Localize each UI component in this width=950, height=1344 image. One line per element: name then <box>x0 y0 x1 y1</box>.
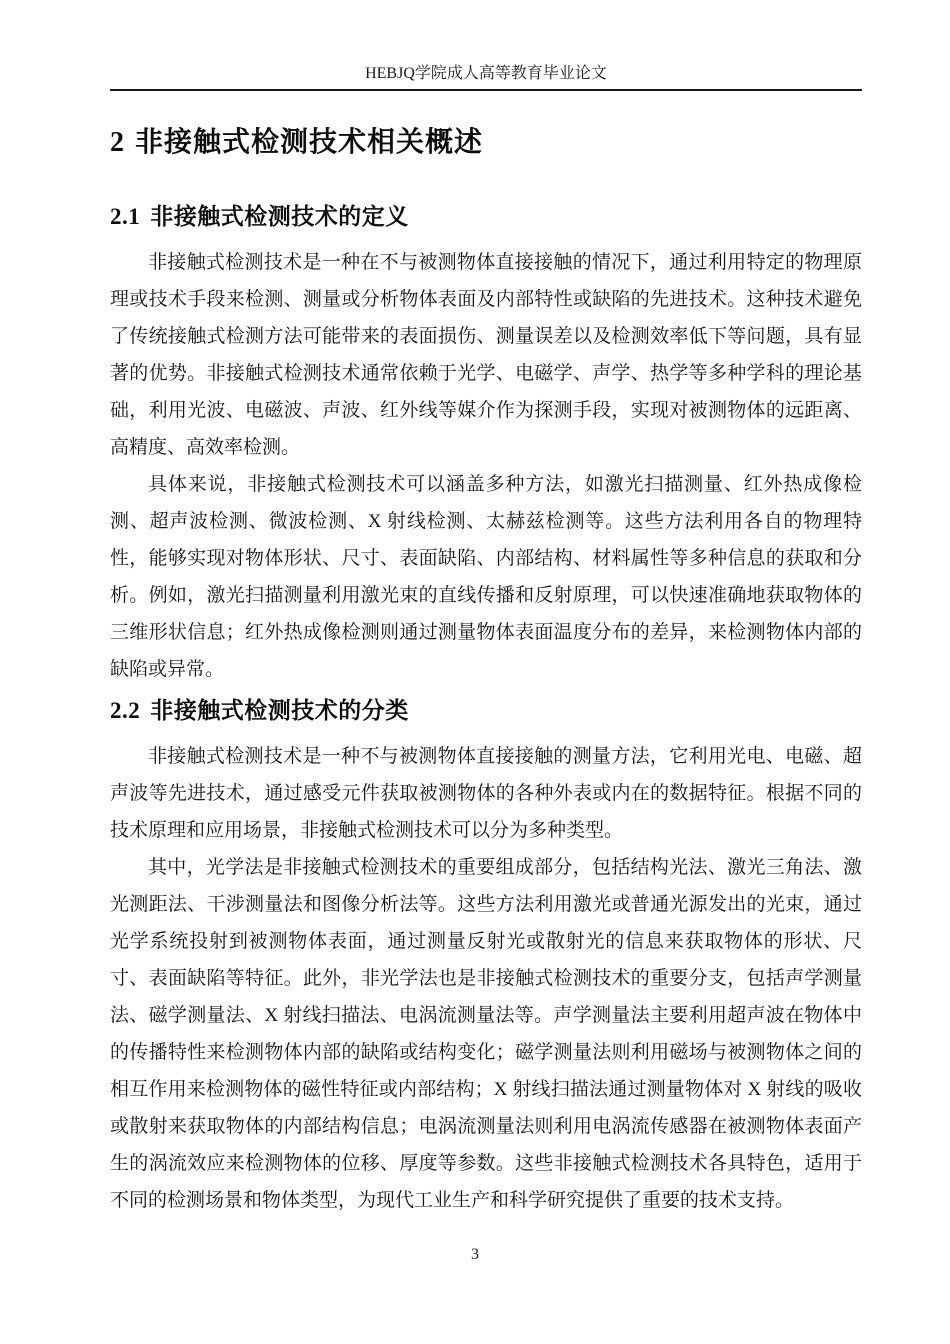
paragraph-classification-1: 非接触式检测技术是一种不与被测物体直接接触的测量方法，它利用光电、电磁、超声波等… <box>110 738 862 849</box>
header-rule <box>110 89 862 91</box>
chapter-number: 2 <box>110 127 125 158</box>
page-header: HEBJQ学院成人高等教育毕业论文 <box>110 62 862 91</box>
document-page: HEBJQ学院成人高等教育毕业论文 2非接触式检测技术相关概述 2.1非接触式检… <box>0 0 950 1344</box>
section-2-1-number: 2.1 <box>110 204 140 229</box>
section-heading-2-1: 2.1非接触式检测技术的定义 <box>110 199 862 234</box>
chapter-title: 非接触式检测技术相关概述 <box>135 126 483 157</box>
section-2-2-number: 2.2 <box>110 698 140 723</box>
page-number: 3 <box>0 1245 950 1265</box>
paragraph-classification-2: 其中，光学法是非接触式检测技术的重要组成部分，包括结构光法、激光三角法、激光测距… <box>110 849 862 1219</box>
header-title: HEBJQ学院成人高等教育毕业论文 <box>110 62 862 86</box>
paragraph-definition-2: 具体来说，非接触式检测技术可以涵盖多种方法，如激光扫描测量、红外热成像检测、超声… <box>110 466 862 688</box>
section-2-1-title: 非接触式检测技术的定义 <box>150 203 409 229</box>
paragraph-definition-1: 非接触式检测技术是一种在不与被测物体直接接触的情况下，通过利用特定的物理原理或技… <box>110 244 862 466</box>
section-heading-2-2: 2.2非接触式检测技术的分类 <box>110 693 862 728</box>
chapter-heading: 2非接触式检测技术相关概述 <box>110 122 862 163</box>
section-2-2-title: 非接触式检测技术的分类 <box>150 697 409 723</box>
